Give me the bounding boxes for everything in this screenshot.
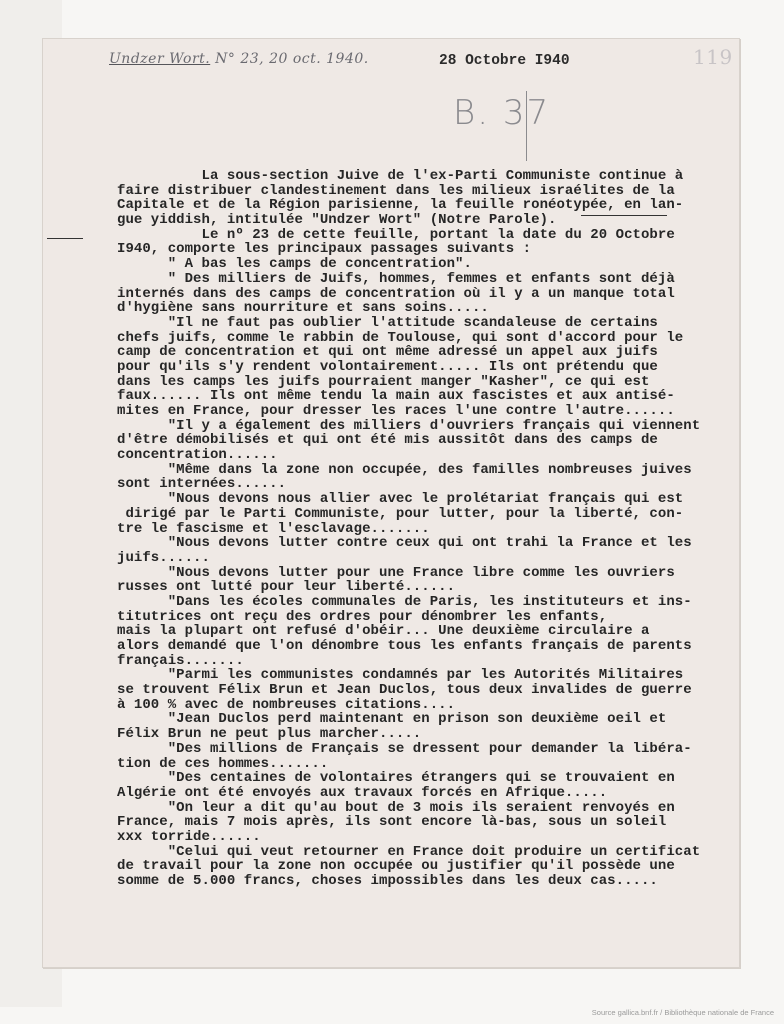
text-line: camp de concentration et qui ont même ad… [117,345,727,360]
text-line: "Nous devons lutter pour une France libr… [117,566,727,581]
text-line: français....... [117,654,727,669]
text-line: "Nous devons nous allier avec le proléta… [117,492,727,507]
text-line: titutrices ont reçu des ordres pour déno… [117,610,727,625]
text-line: xxx torride...... [117,830,727,845]
handwritten-note: Undzer Wort. N° 23, 20 oct. 1940. [109,51,369,67]
text-line: Félix Brun ne peut plus marcher..... [117,727,727,742]
text-line: " A bas les camps de concentration". [117,257,727,272]
text-line: d'être démobilisés et qui ont été mis au… [117,433,727,448]
text-line: de travail pour la zone non occupée ou j… [117,859,727,874]
document-date: 28 Octobre I940 [439,53,570,69]
text-line: internés dans des camps de concentration… [117,287,727,302]
text-line: "On leur a dit qu'au bout de 3 mois ils … [117,801,727,816]
text-line: I940, comporte les principaux passages s… [117,242,727,257]
text-line: à 100 % avec de nombreuses citations.... [117,698,727,713]
source-credit: Source gallica.bnf.fr / Bibliothèque nat… [592,1008,774,1017]
text-line: "Il ne faut pas oublier l'attitude scand… [117,316,727,331]
text-line: "Des millions de Français se dressent po… [117,742,727,757]
text-line: mais la plupart ont refusé d'obéir... Un… [117,624,727,639]
archive-mark-stroke [526,91,527,161]
text-line: France, mais 7 mois après, ils sont enco… [117,815,727,830]
handwritten-note-ref: N° 23, 20 oct. 1940. [210,51,369,67]
text-line: "Jean Duclos perd maintenant en prison s… [117,712,727,727]
text-line: sont internées...... [117,477,727,492]
text-line: russes ont lutté pour leur liberté...... [117,580,727,595]
archive-mark: B. 37 [453,93,550,133]
text-line: "Dans les écoles communales de Paris, le… [117,595,727,610]
underline-left [47,238,83,239]
typewritten-page: Undzer Wort. N° 23, 20 oct. 1940. 119 28… [42,38,740,968]
text-line: juifs...... [117,551,727,566]
text-line: "Parmi les communistes condamnés par les… [117,668,727,683]
text-line: d'hygiène sans nourriture et sans soins.… [117,301,727,316]
text-line: mites en France, pour dresser les races … [117,404,727,419]
text-line: "Des centaines de volontaires étrangers … [117,771,727,786]
text-line: somme de 5.000 francs, choses impossible… [117,874,727,889]
text-line: dans les camps les juifs pourraient mang… [117,375,727,390]
text-line: Capitale et de la Région parisienne, la … [117,198,727,213]
text-line: se trouvent Félix Brun et Jean Duclos, t… [117,683,727,698]
text-line: Le nº 23 de cette feuille, portant la da… [117,228,727,243]
text-line: dirigé par le Parti Communiste, pour lut… [117,507,727,522]
text-line: chefs juifs, comme le rabbin de Toulouse… [117,331,727,346]
text-line: La sous-section Juive de l'ex-Parti Comm… [117,169,727,184]
text-line: faire distribuer clandestinement dans le… [117,184,727,199]
text-line: "Celui qui veut retourner en France doit… [117,845,727,860]
text-line: " Des milliers de Juifs, hommes, femmes … [117,272,727,287]
text-line: tre le fascisme et l'esclavage....... [117,522,727,537]
text-line: "Nous devons lutter contre ceux qui ont … [117,536,727,551]
text-line: pour qu'ils s'y rendent volontairement..… [117,360,727,375]
folio-mark: 119 [693,45,733,69]
text-line: tion de ces hommes....... [117,757,727,772]
text-line: "Même dans la zone non occupée, des fami… [117,463,727,478]
document-body: La sous-section Juive de l'ex-Parti Comm… [117,169,727,889]
text-line: alors demandé que l'on dénombre tous les… [117,639,727,654]
handwritten-note-title: Undzer Wort. [109,51,210,67]
text-line: concentration...... [117,448,727,463]
text-line: faux...... Ils ont même tendu la main au… [117,389,727,404]
text-line: "Il y a également des milliers d'ouvrier… [117,419,727,434]
text-line: Algérie ont été envoyés aux travaux forc… [117,786,727,801]
text-line: gue yiddish, intitulée "Undzer Wort" (No… [117,213,727,228]
